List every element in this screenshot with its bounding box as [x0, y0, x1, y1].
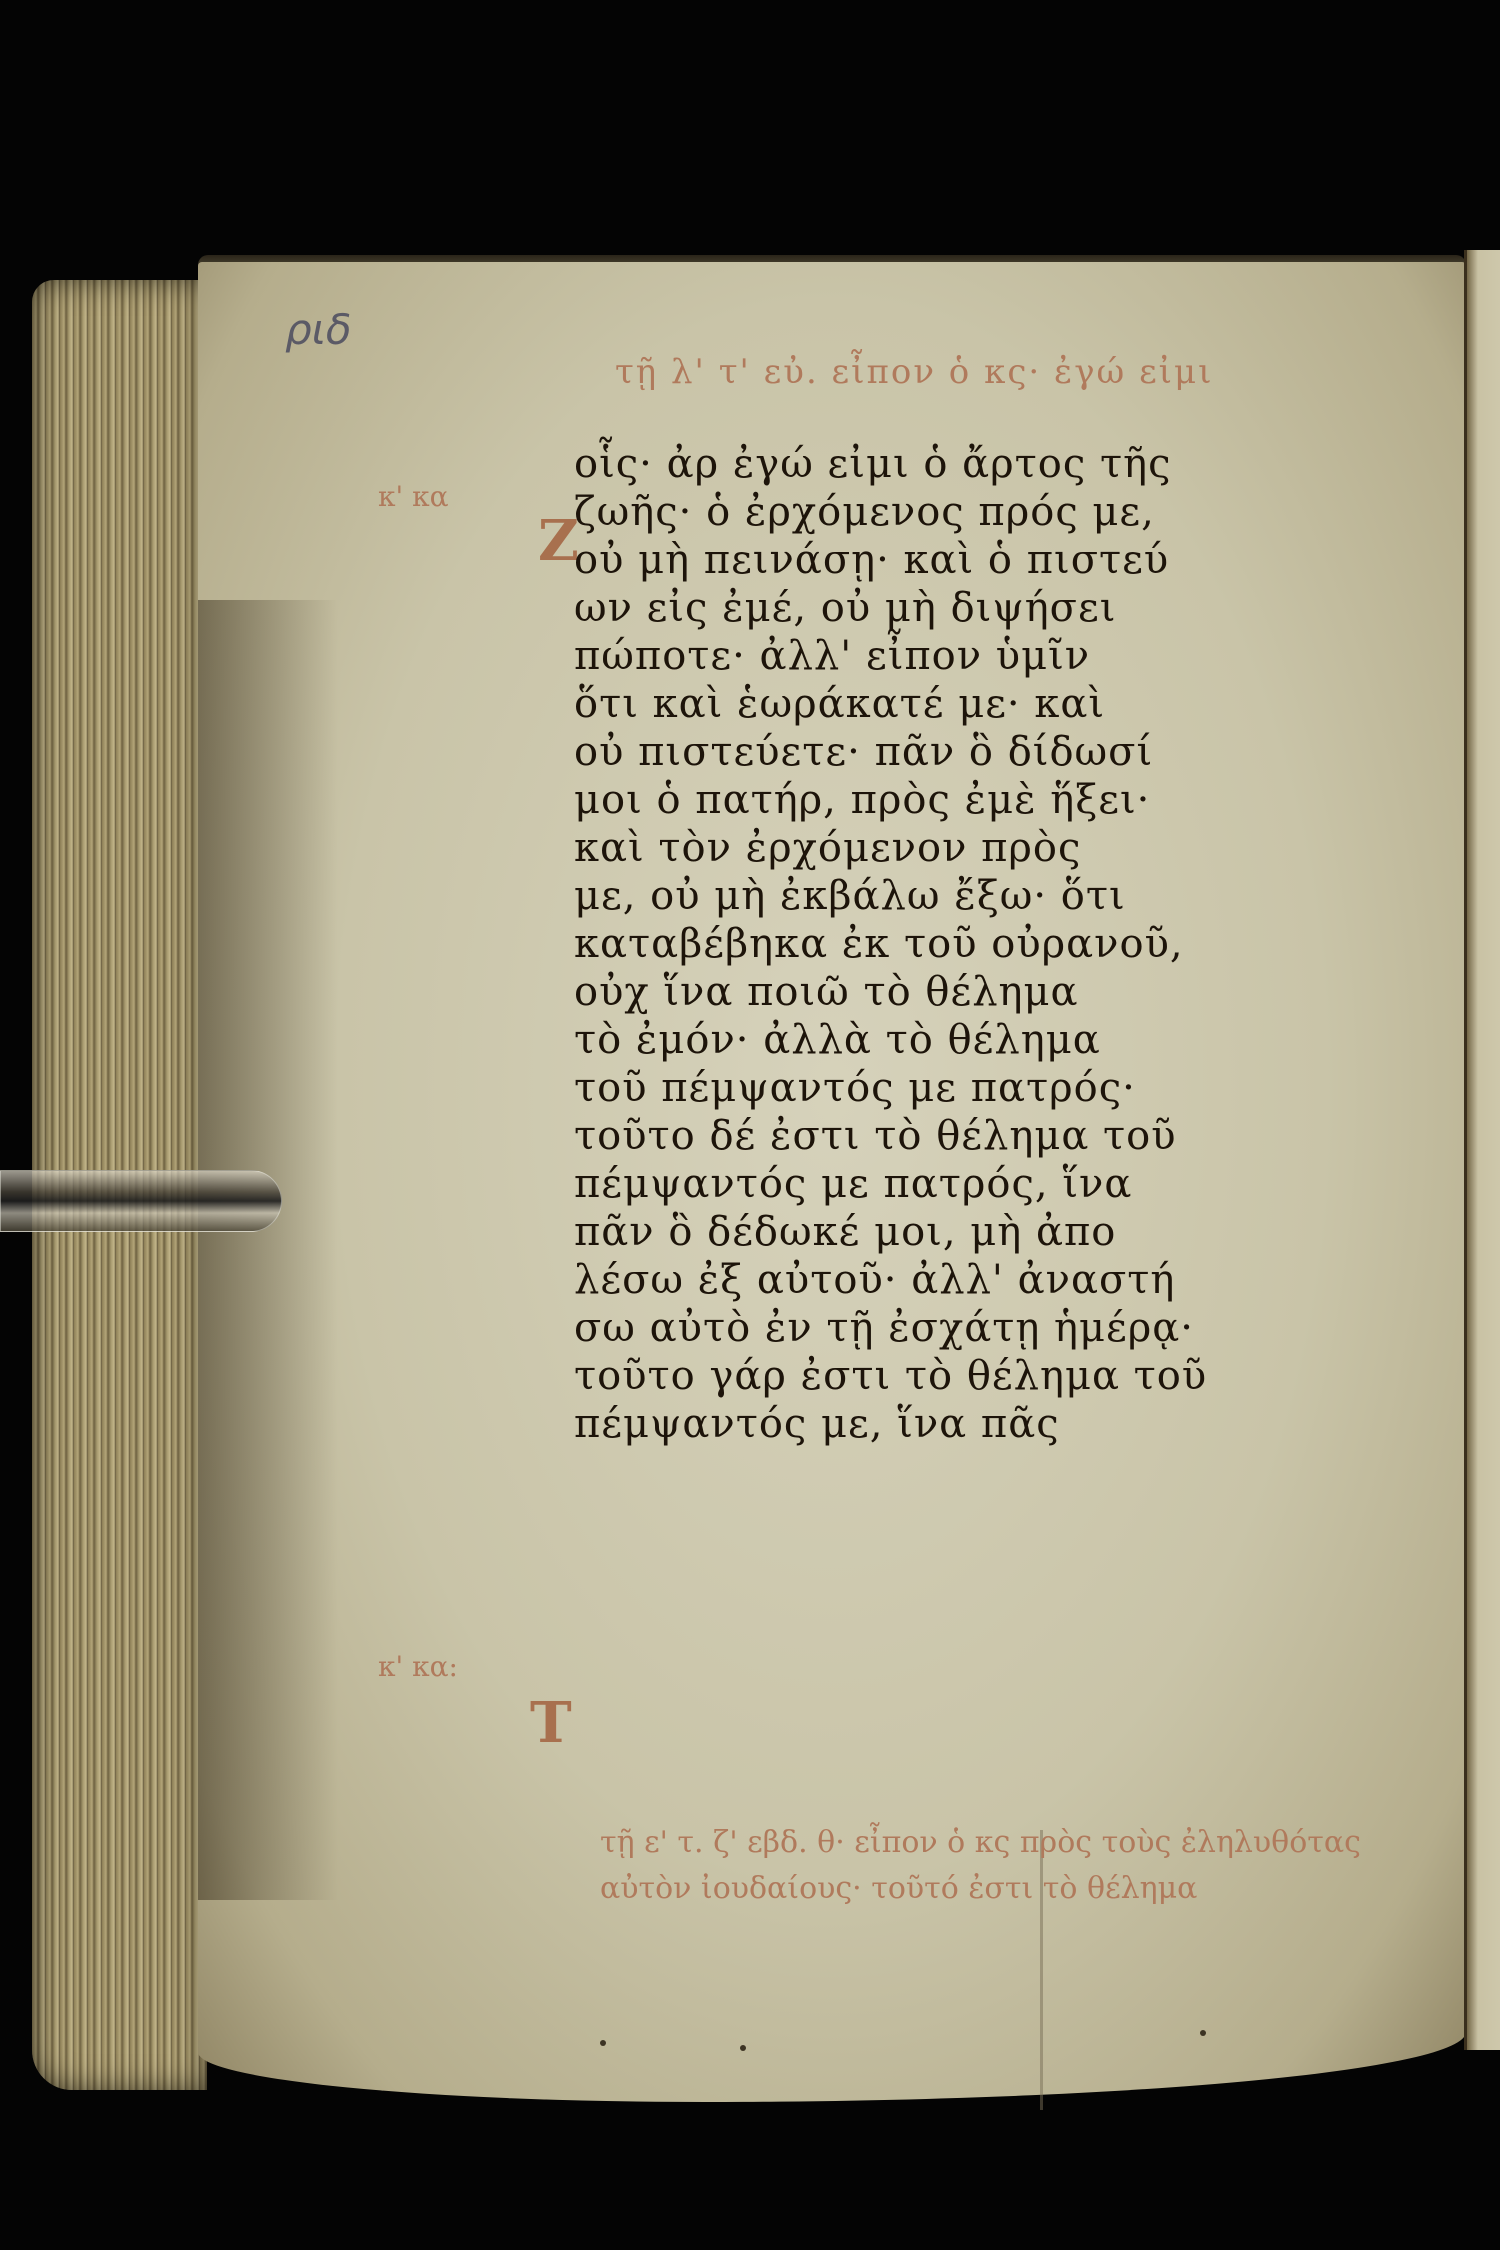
- margin-note-bottom: κ' κα:: [378, 1650, 458, 1683]
- glass-rod-holder: [0, 1170, 282, 1232]
- folio-number: ριδ: [285, 305, 352, 354]
- text-line: σω αὐτὸ ἐν τῇ ἐσχάτῃ ἡμέρᾳ·: [574, 1304, 1384, 1352]
- margin-note-top: κ' κα: [378, 480, 449, 513]
- text-line: οὐχ ἵνα ποιῶ τὸ θέλημα: [574, 968, 1384, 1016]
- rubricated-initial-zeta: Ζ: [538, 508, 579, 574]
- stain-dot: [1200, 2030, 1206, 2036]
- text-line: τοῦτο δέ ἐστι τὸ θέλημα τοῦ: [574, 1112, 1384, 1160]
- text-line: καὶ τὸν ἐρχόμενον πρὸς: [574, 824, 1384, 872]
- text-line: οὐ μὴ πεινάσῃ· καὶ ὁ πιστεύ: [574, 536, 1384, 584]
- text-line: με, οὐ μὴ ἐκβάλω ἔξω· ὅτι: [574, 872, 1384, 920]
- text-line: ὅτι καὶ ἑωράκατέ με· καὶ: [574, 680, 1384, 728]
- footer-rubric-line-1: τῇ ε' τ. ζ' εβδ. θ· εἶπον ὁ κς πρὸς τοὺς…: [600, 1820, 1361, 1866]
- header-rubric: τῇ λ' τ' εὐ. εἶπον ὁ κς· ἐγώ εἰμι: [615, 352, 1213, 392]
- text-line: ων εἰς ἐμέ, οὐ μὴ διψήσει: [574, 584, 1384, 632]
- gutter-line: [1464, 250, 1467, 2050]
- facing-leaf: [1466, 250, 1500, 2050]
- rubricated-initial-tau: Τ: [530, 1690, 572, 1756]
- text-line: καταβέβηκα ἐκ τοῦ οὐρανοῦ,: [574, 920, 1384, 968]
- text-line: τὸ ἐμόν· ἀλλὰ τὸ θέλημα: [574, 1016, 1384, 1064]
- text-line: πώποτε· ἀλλ' εἶπον ὑμῖν: [574, 632, 1384, 680]
- text-line: τοῦτο γάρ ἐστι τὸ θέλημα τοῦ: [574, 1352, 1384, 1400]
- footer-rubric: τῇ ε' τ. ζ' εβδ. θ· εἶπον ὁ κς πρὸς τοὺς…: [600, 1820, 1361, 1912]
- footer-rubric-line-2: αὐτὸν ἰουδαίους· τοῦτό ἐστι τὸ θέλημα: [600, 1866, 1361, 1912]
- main-text-block: οἷς· ἀρ ἐγώ εἰμι ὁ ἄρτος τῆς ζωῆς· ὁ ἐρχ…: [574, 440, 1384, 1448]
- text-line: πᾶν ὃ δέδωκέ μοι, μὴ ἀπο: [574, 1208, 1384, 1256]
- stain-dot: [600, 2040, 606, 2046]
- stain-dot: [740, 2045, 746, 2051]
- text-line: ζωῆς· ὁ ἐρχόμενος πρός με,: [574, 488, 1384, 536]
- text-line: πέμψαντός με πατρός, ἵνα: [574, 1160, 1384, 1208]
- text-line: τοῦ πέμψαντός με πατρός·: [574, 1064, 1384, 1112]
- text-line: μοι ὁ πατήρ, πρὸς ἐμὲ ἥξει·: [574, 776, 1384, 824]
- text-line: οὐ πιστεύετε· πᾶν ὃ δίδωσί: [574, 728, 1384, 776]
- leaf-shadow: [198, 600, 338, 1900]
- text-line: οἷς· ἀρ ἐγώ εἰμι ὁ ἄρτος τῆς: [574, 440, 1384, 488]
- text-line: λέσω ἐξ αὐτοῦ· ἀλλ' ἀναστή: [574, 1256, 1384, 1304]
- text-line: πέμψαντός με, ἵνα πᾶς: [574, 1400, 1384, 1448]
